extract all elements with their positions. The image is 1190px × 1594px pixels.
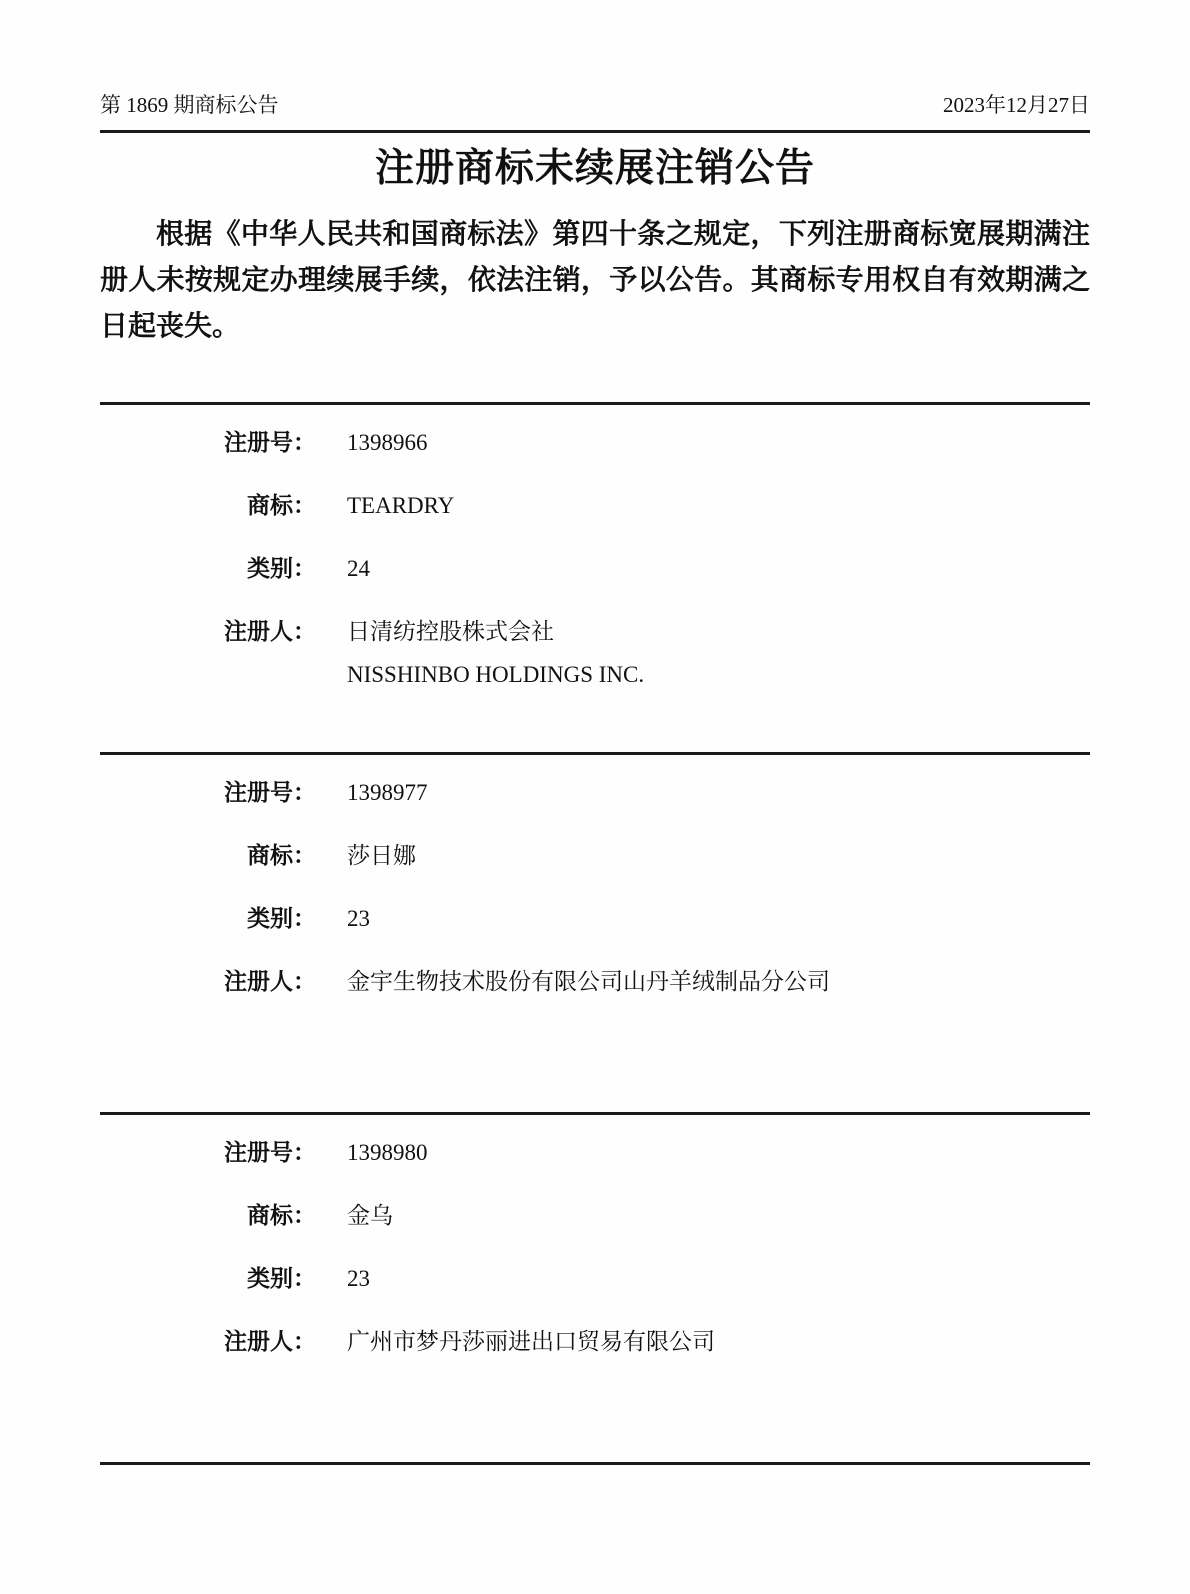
registrant-label: 注册人： [100, 960, 316, 1003]
trademark-record: 注册号： 1398966 商标： TEARDRY 类别： 24 注册人： 日清纺… [100, 402, 1090, 752]
reg-no-row: 注册号： 1398980 [100, 1131, 1090, 1174]
category-value: 24 [347, 547, 370, 590]
registrant-name-en: NISSHINBO HOLDINGS INC. [347, 662, 644, 687]
page-title: 注册商标未续展注销公告 [100, 143, 1090, 196]
category-label: 类别： [100, 547, 316, 590]
bottom-rule [100, 1462, 1090, 1465]
trademark-value: 莎日娜 [347, 834, 416, 877]
trademark-value: 金乌 [347, 1194, 393, 1237]
category-row: 类别： 24 [100, 547, 1090, 590]
intro-paragraph: 根据《中华人民共和国商标法》第四十条之规定，下列注册商标宽展期满注册人未按规定办… [100, 212, 1090, 350]
registrant-name-cn: 日清纺控股株式会社 [347, 619, 554, 644]
reg-no-label: 注册号： [100, 421, 316, 464]
category-row: 类别： 23 [100, 1257, 1090, 1300]
reg-no-row: 注册号： 1398966 [100, 421, 1090, 464]
category-value: 23 [347, 1257, 370, 1300]
category-label: 类别： [100, 897, 316, 940]
registrant-name-cn: 金宇生物技术股份有限公司山丹羊绒制品分公司 [347, 960, 830, 1003]
registrant-value: 日清纺控股株式会社 NISSHINBO HOLDINGS INC. [347, 610, 644, 696]
reg-no-row: 注册号： 1398977 [100, 771, 1090, 814]
trademark-row: 商标： 莎日娜 [100, 834, 1090, 877]
gazette-date: 2023年12月27日 [943, 93, 1090, 117]
category-value: 23 [347, 897, 370, 940]
registrant-name-cn: 广州市梦丹莎丽进出口贸易有限公司 [347, 1320, 715, 1363]
reg-no-value: 1398980 [347, 1131, 428, 1174]
trademark-label: 商标： [100, 484, 316, 527]
trademark-label: 商标： [100, 1194, 316, 1237]
registrant-row: 注册人： 日清纺控股株式会社 NISSHINBO HOLDINGS INC. [100, 610, 1090, 696]
trademark-value: TEARDRY [347, 484, 454, 527]
reg-no-value: 1398977 [347, 771, 428, 814]
reg-no-value: 1398966 [347, 421, 428, 464]
category-label: 类别： [100, 1257, 316, 1300]
reg-no-label: 注册号： [100, 1131, 316, 1174]
page-header: 第 1869 期商标公告 2023年12月27日 [100, 0, 1090, 117]
reg-no-label: 注册号： [100, 771, 316, 814]
registrant-row: 注册人： 广州市梦丹莎丽进出口贸易有限公司 [100, 1320, 1090, 1363]
header-rule [100, 130, 1090, 133]
gazette-issue-label: 第 1869 期商标公告 [100, 93, 279, 117]
trademark-row: 商标： 金乌 [100, 1194, 1090, 1237]
trademark-label: 商标： [100, 834, 316, 877]
trademark-record: 注册号： 1398980 商标： 金乌 类别： 23 注册人： 广州市梦丹莎丽进… [100, 1112, 1090, 1462]
registrant-row: 注册人： 金宇生物技术股份有限公司山丹羊绒制品分公司 [100, 960, 1090, 1003]
gazette-page: 第 1869 期商标公告 2023年12月27日 注册商标未续展注销公告 根据《… [0, 0, 1190, 1594]
category-row: 类别： 23 [100, 897, 1090, 940]
trademark-row: 商标： TEARDRY [100, 484, 1090, 527]
registrant-label: 注册人： [100, 1320, 316, 1363]
registrant-label: 注册人： [100, 610, 316, 653]
trademark-record: 注册号： 1398977 商标： 莎日娜 类别： 23 注册人： 金宇生物技术股… [100, 752, 1090, 1112]
